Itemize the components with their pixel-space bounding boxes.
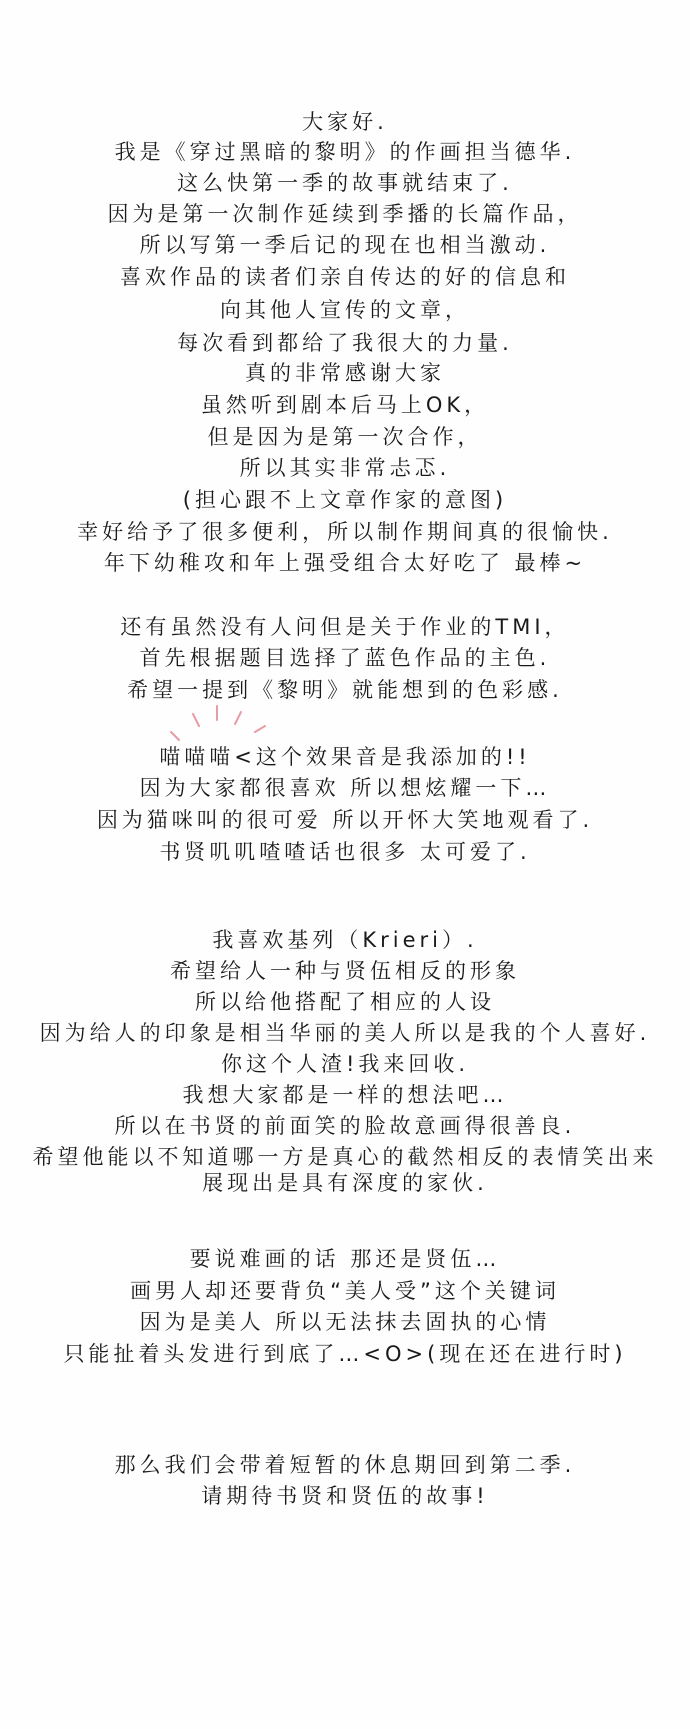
text-line: 因为大家都很喜欢 所以想炫耀一下…	[0, 774, 690, 802]
text-line: 书贤叽叽喳喳话也很多 太可爱了.	[0, 838, 690, 866]
text-line: 请期待书贤和贤伍的故事!	[0, 1482, 690, 1510]
text-line: 喜欢作品的读者们亲自传达的好的信息和	[0, 263, 690, 291]
text-line: 因为是美人 所以无法抹去固执的心情	[0, 1308, 690, 1336]
text-line: 希望一提到《黎明》就能想到的色彩感.	[0, 676, 690, 704]
text-line: 你这个人渣!我来回收.	[0, 1050, 690, 1078]
text-line: 所以写第一季后记的现在也相当激动.	[0, 231, 690, 259]
text-line: (担心跟不上文章作家的意图)	[0, 486, 690, 514]
text-line: 向其他人宣传的文章，	[0, 296, 690, 324]
text-line: 希望给人一种与贤伍相反的形象	[0, 957, 690, 985]
text-line: 但是因为是第一次合作，	[0, 423, 690, 451]
text-line: 年下幼稚攻和年上强受组合太好吃了 最棒~	[0, 549, 690, 577]
text-line: 展现出是具有深度的家伙.	[0, 1169, 690, 1197]
text-line: 我是《穿过黑暗的黎明》的作画担当德华.	[0, 138, 690, 166]
text-line: 这么快第一季的故事就结束了.	[0, 169, 690, 197]
text-line: 所以其实非常忐忑.	[0, 454, 690, 482]
text-line: 每次看到都给了我很大的力量.	[0, 329, 690, 357]
text-line: 喵喵喵<这个效果音是我添加的!!	[0, 743, 690, 771]
text-line: 所以在书贤的前面笑的脸故意画得很善良.	[0, 1112, 690, 1140]
text-line: 画男人却还要背负“美人受”这个关键词	[0, 1277, 690, 1305]
text-line: 还有虽然没有人问但是关于作业的TMI，	[0, 613, 690, 641]
text-line: 真的非常感谢大家	[0, 359, 690, 387]
text-line: 因为给人的印象是相当华丽的美人所以是我的个人喜好.	[0, 1019, 690, 1047]
sparkle-icon	[165, 700, 275, 745]
text-line: 所以给他搭配了相应的人设	[0, 988, 690, 1016]
text-line: 只能扯着头发进行到底了…<O>(现在还在进行时)	[0, 1340, 690, 1368]
text-line: 幸好给予了很多便利，所以制作期间真的很愉快.	[0, 518, 690, 546]
text-line: 要说难画的话 那还是贤伍…	[0, 1245, 690, 1273]
text-line: 那么我们会带着短暂的休息期回到第二季.	[0, 1451, 690, 1479]
text-line: 因为是第一次制作延续到季播的长篇作品，	[0, 200, 690, 228]
text-line: 希望他能以不知道哪一方是真心的截然相反的表情笑出来	[0, 1143, 690, 1171]
afterword-page: 大家好.我是《穿过黑暗的黎明》的作画担当德华.这么快第一季的故事就结束了.因为是…	[0, 0, 690, 1729]
text-line: 虽然听到剧本后马上OK，	[0, 391, 690, 419]
text-line: 首先根据题目选择了蓝色作品的主色.	[0, 644, 690, 672]
text-line: 因为猫咪叫的很可爱 所以开怀大笑地观看了.	[0, 806, 690, 834]
text-line: 大家好.	[0, 108, 690, 136]
text-line: 我喜欢基列（Krieri）.	[0, 926, 690, 954]
text-line: 我想大家都是一样的想法吧…	[0, 1081, 690, 1109]
